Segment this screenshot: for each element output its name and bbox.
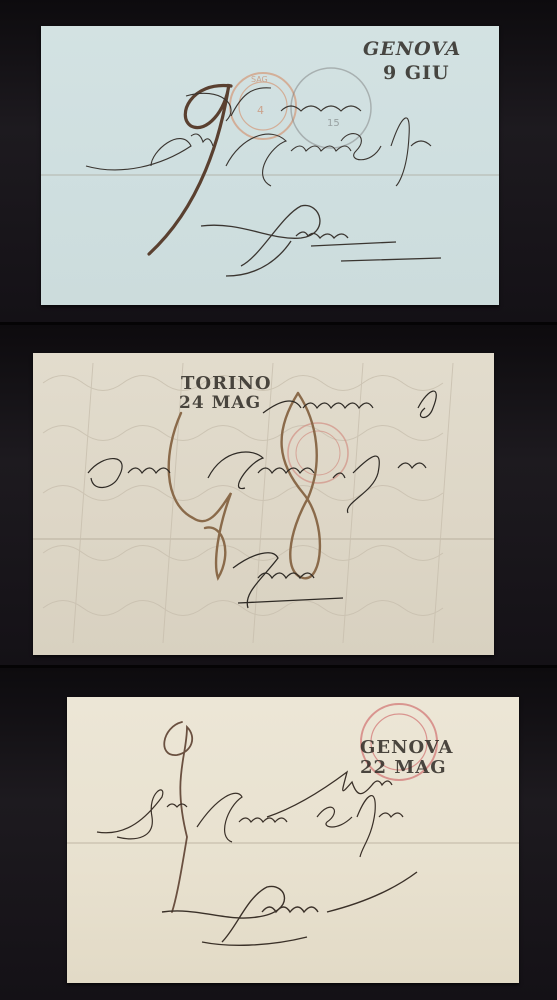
red-cds-postmark: SAG 4: [230, 73, 296, 139]
postmark-town: TORINO: [181, 375, 272, 393]
svg-text:15: 15: [327, 118, 340, 129]
address-name: [97, 790, 403, 857]
address-city: [233, 553, 343, 608]
address-messieurs: [186, 88, 361, 121]
address-city: [162, 872, 417, 945]
postal-cover-1: SAG 4 15 GENOVA 9 GIU: [41, 26, 499, 305]
address-name: [86, 118, 431, 186]
cover-2-ink: [33, 353, 494, 655]
postal-cover-2: TORINO 24 MAG: [33, 353, 494, 655]
svg-text:SAG: SAG: [251, 75, 268, 84]
postmark-town: GENOVA: [363, 40, 461, 59]
postmark-date: 24 MAG: [179, 395, 261, 412]
address-messieurs: [267, 772, 392, 817]
red-cds-postmark: [288, 423, 348, 483]
postmark-date: 9 GIU: [383, 64, 450, 83]
address-messieurs: [263, 391, 436, 417]
rate-mark-9: [164, 722, 192, 912]
postmark-town: GENOVA: [360, 739, 453, 757]
postal-cover-3: GENOVA 22 MAG: [67, 697, 519, 983]
address-name: [88, 452, 426, 513]
rate-mark-9: [149, 84, 231, 254]
svg-text:4: 4: [257, 104, 264, 117]
address-city: [201, 205, 441, 276]
postmark-date: 22 MAG: [360, 759, 447, 777]
